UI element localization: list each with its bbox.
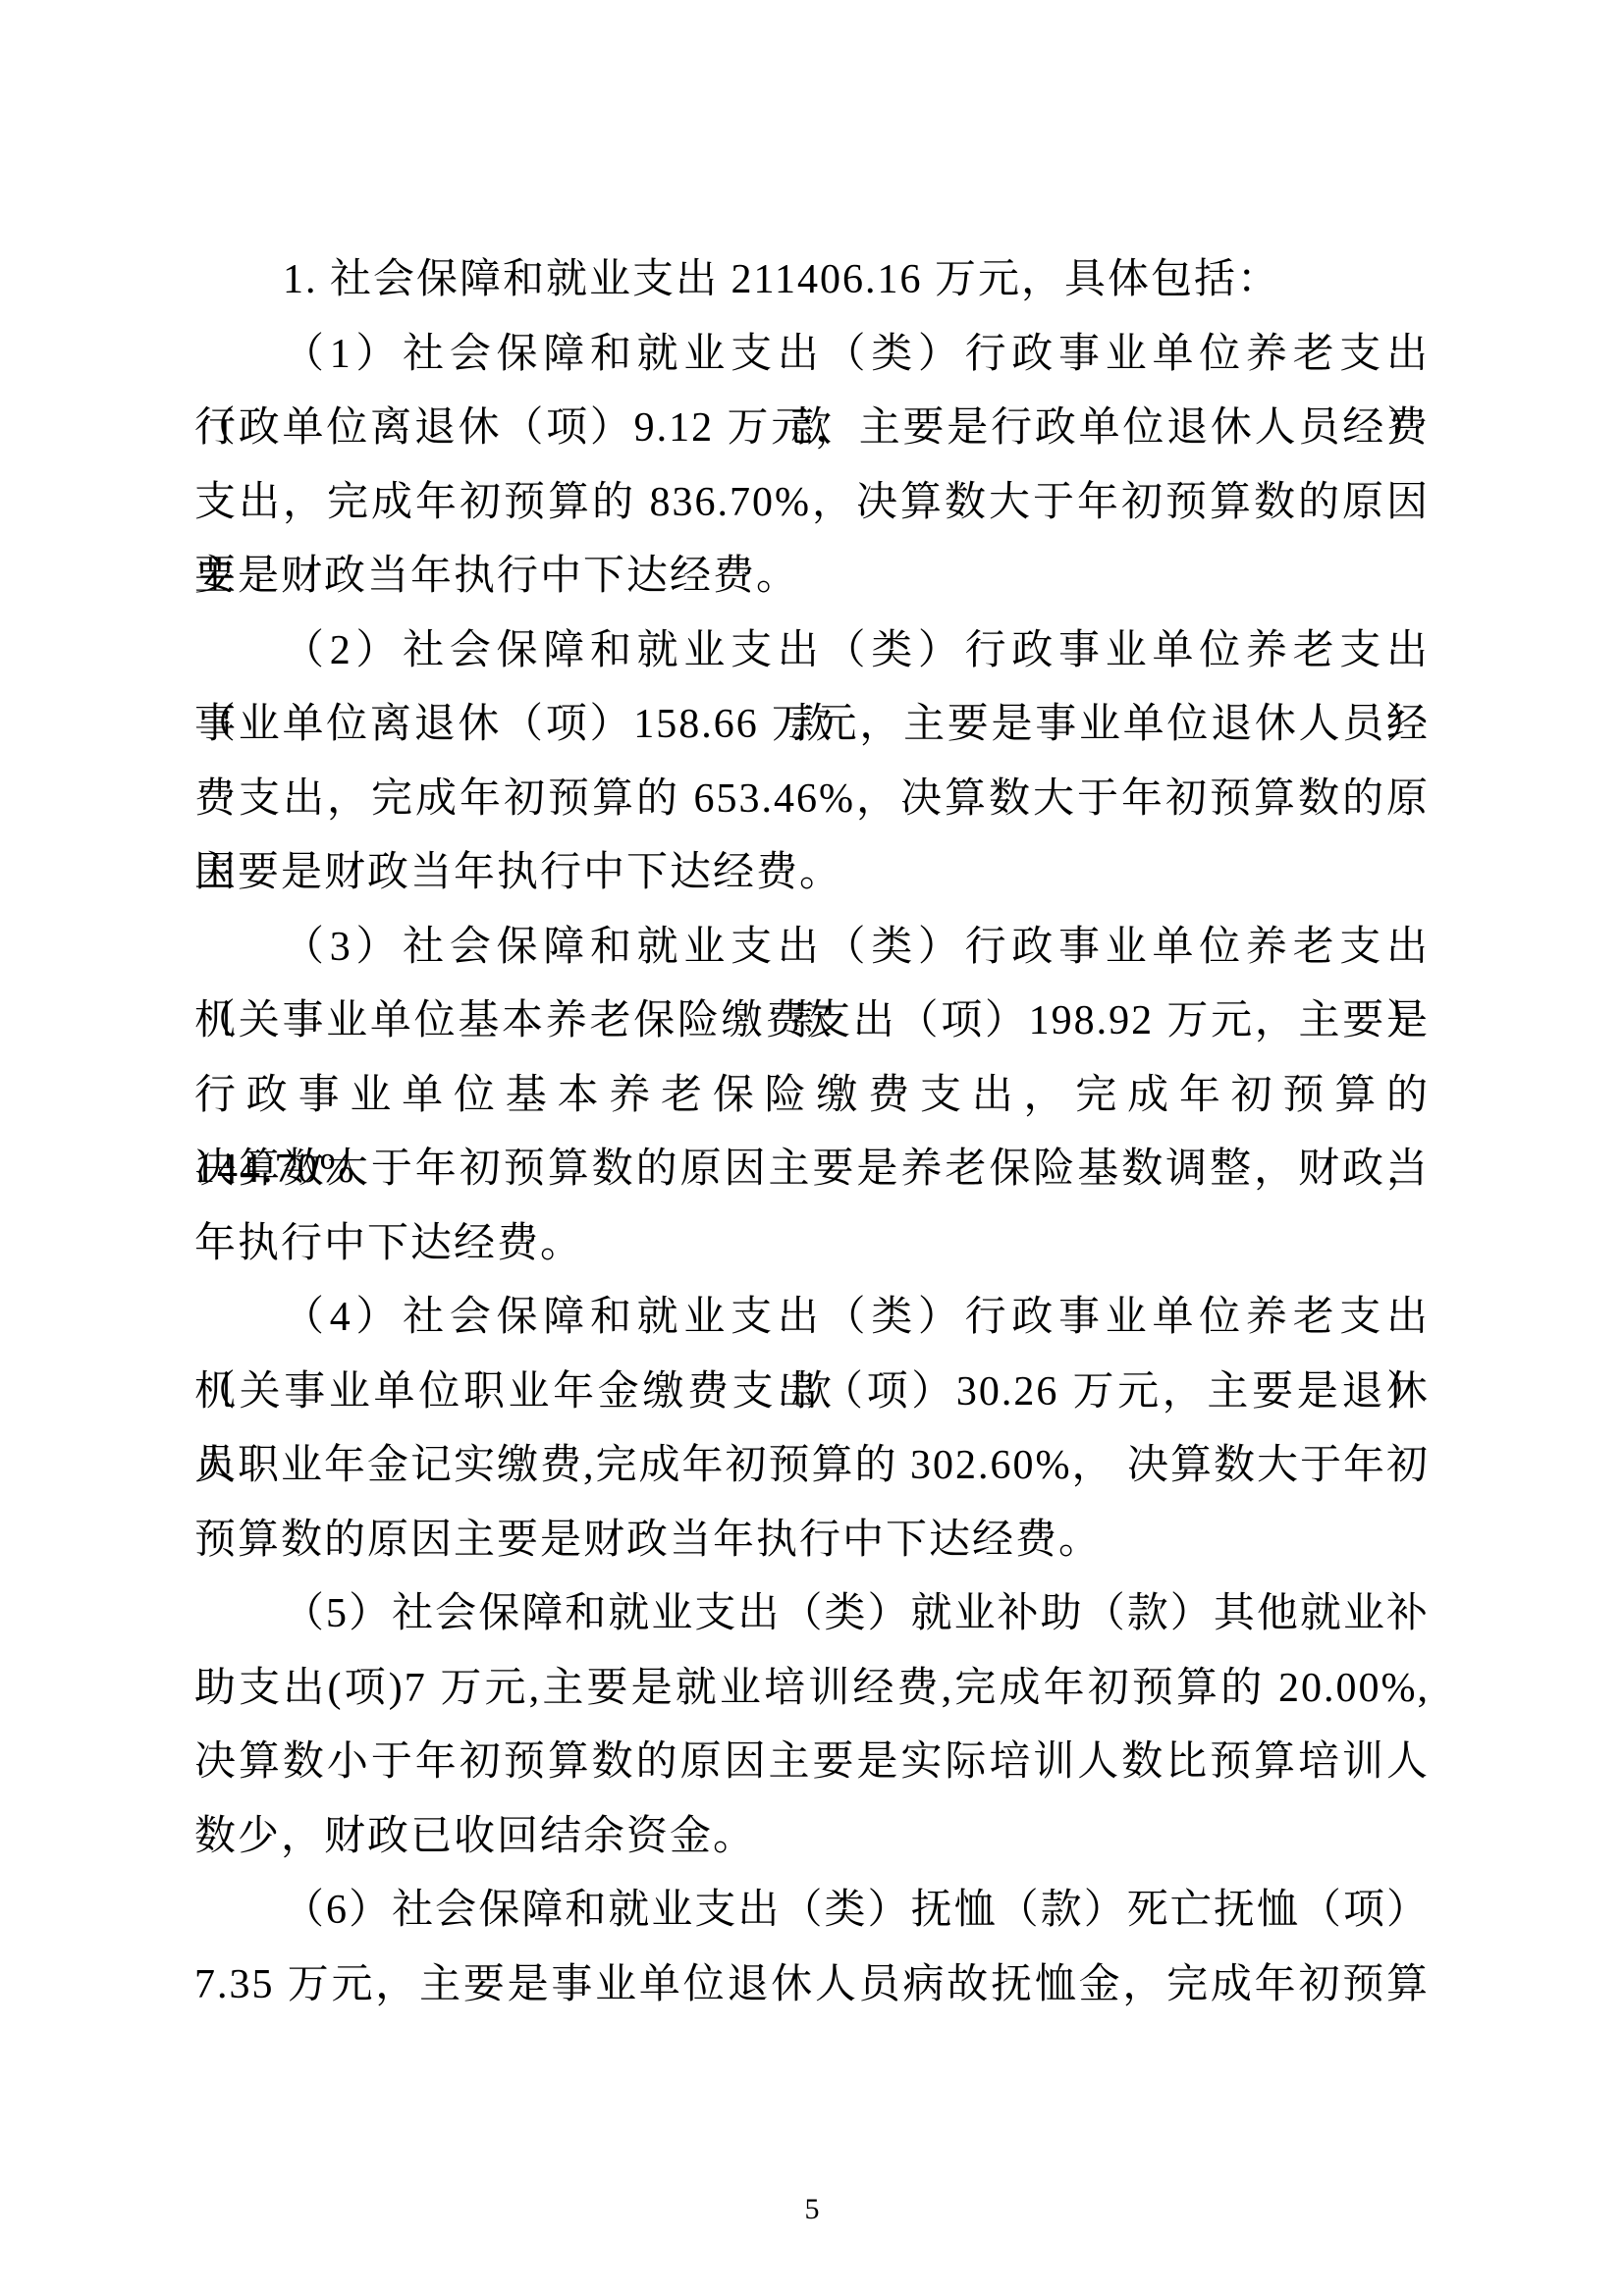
text-line: 决算数小于年初预算数的原因主要是实际培训人数比预算培训人 (194, 1726, 1430, 1800)
text-line: 费支出，完成年初预算的 653.46%，决算数大于年初预算数的原因 (194, 763, 1430, 837)
text-line: （3）社会保障和就业支出（类）行政事业单位养老支出（款） (194, 911, 1430, 986)
text-line: 行政单位离退休（项）9.12 万元，主要是行政单位退休人员经费 (194, 392, 1430, 466)
paragraph-6: （5）社会保障和就业支出（类）就业补助（款）其他就业补 助支出(项)7 万元,主… (194, 1577, 1430, 1874)
text-line: 助支出(项)7 万元,主要是就业培训经费,完成年初预算的 20.00%, (194, 1652, 1430, 1727)
paragraph-1: 1. 社会保障和就业支出 211406.16 万元，具体包括： (194, 243, 1430, 318)
paragraph-4: （3）社会保障和就业支出（类）行政事业单位养老支出（款） 机关事业单位基本养老保… (194, 911, 1430, 1282)
text-line: （4）社会保障和就业支出（类）行政事业单位养老支出（款） (194, 1281, 1430, 1356)
paragraph-5: （4）社会保障和就业支出（类）行政事业单位养老支出（款） 机关事业单位职业年金缴… (194, 1281, 1430, 1577)
text-line: 要是财政当年执行中下达经费。 (194, 540, 1430, 614)
text-line: 事业单位离退休（项）158.66 万元，主要是事业单位退休人员经 (194, 688, 1430, 763)
paragraph-3: （2）社会保障和就业支出（类）行政事业单位养老支出（款） 事业单位离退休（项）1… (194, 614, 1430, 911)
paragraph-2: （1）社会保障和就业支出（类）行政事业单位养老支出（款） 行政单位离退休（项）9… (194, 318, 1430, 614)
text-line: 决算数大于年初预算数的原因主要是养老保险基数调整，财政当 (194, 1133, 1430, 1207)
text-line: （2）社会保障和就业支出（类）行政事业单位养老支出（款） (194, 614, 1430, 689)
text-line: 预算数的原因主要是财政当年执行中下达经费。 (194, 1504, 1430, 1578)
text-line: 行政事业单位基本养老保险缴费支出，完成年初预算的 144.70%， (194, 1059, 1430, 1134)
text-line: 1. 社会保障和就业支出 211406.16 万元，具体包括： (194, 243, 1430, 318)
document-body: 1. 社会保障和就业支出 211406.16 万元，具体包括： （1）社会保障和… (194, 243, 1430, 2022)
paragraph-7: （6）社会保障和就业支出（类）抚恤（款）死亡抚恤（项） 7.35 万元，主要是事… (194, 1874, 1430, 2022)
text-line: 机关事业单位基本养老保险缴费支出（项）198.92 万元，主要是 (194, 985, 1430, 1059)
text-line: （6）社会保障和就业支出（类）抚恤（款）死亡抚恤（项） (194, 1874, 1430, 1949)
document-page: 1. 社会保障和就业支出 211406.16 万元，具体包括： （1）社会保障和… (0, 0, 1624, 2296)
text-line: 主要是财政当年执行中下达经费。 (194, 836, 1430, 911)
text-line: 数少，财政已收回结余资金。 (194, 1800, 1430, 1875)
text-line: （5）社会保障和就业支出（类）就业补助（款）其他就业补 (194, 1577, 1430, 1652)
text-line: 7.35 万元，主要是事业单位退休人员病故抚恤金，完成年初预算 (194, 1949, 1430, 2023)
text-line: 支出，完成年初预算的 836.70%，决算数大于年初预算数的原因主 (194, 466, 1430, 541)
text-line: （1）社会保障和就业支出（类）行政事业单位养老支出（款） (194, 318, 1430, 393)
text-line: 机关事业单位职业年金缴费支出（项）30.26 万元，主要是退休人 (194, 1356, 1430, 1430)
text-line: 员职业年金记实缴费,完成年初预算的 302.60%， 决算数大于年初 (194, 1429, 1430, 1504)
page-number: 5 (0, 2193, 1624, 2226)
text-line: 年执行中下达经费。 (194, 1207, 1430, 1282)
